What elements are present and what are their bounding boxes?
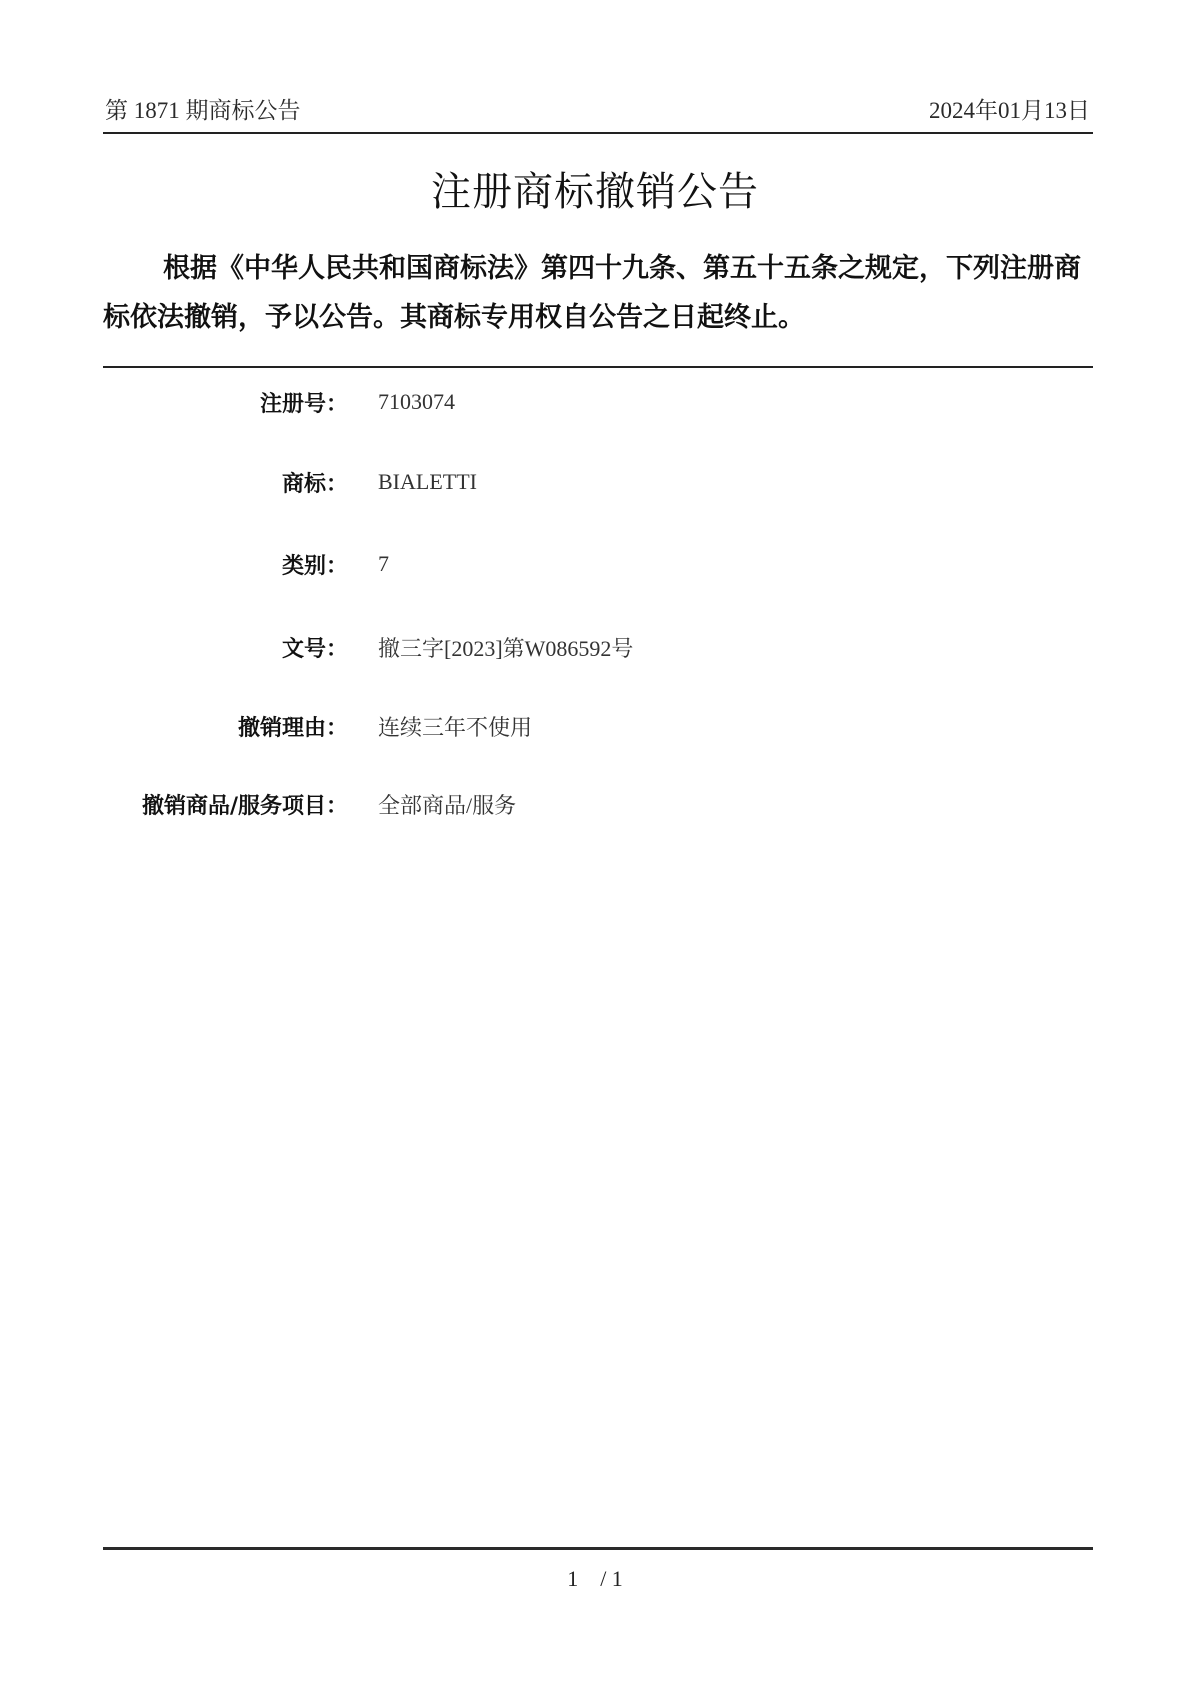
field-label: 撤销理由： (103, 711, 348, 742)
field-document-number: 文号： 撤三字[2023]第W086592号 (103, 627, 1093, 667)
footer-divider (103, 1547, 1093, 1550)
field-registration-number: 注册号： 7103074 (103, 382, 1093, 422)
publication-date: 2024年01月13日 (929, 92, 1090, 125)
section-divider (103, 366, 1093, 368)
field-value: 撤三字[2023]第W086592号 (378, 632, 633, 663)
field-label: 类别： (103, 549, 348, 580)
issue-number: 第 1871 期商标公告 (105, 92, 301, 125)
field-revocation-reason: 撤销理由： 连续三年不使用 (103, 706, 1093, 746)
page-number: 1 / 1 (0, 1566, 1190, 1592)
field-value: 7103074 (378, 389, 455, 415)
header-divider (103, 132, 1093, 134)
field-value: 7 (378, 551, 389, 577)
page-title: 注册商标撤销公告 (0, 160, 1190, 217)
field-label: 文号： (103, 632, 348, 663)
field-value: 连续三年不使用 (378, 711, 532, 742)
field-label: 注册号： (103, 387, 348, 418)
field-trademark: 商标： BIALETTI (103, 462, 1093, 502)
field-value: BIALETTI (378, 469, 477, 495)
field-value: 全部商品/服务 (378, 789, 516, 820)
intro-paragraph: 根据《中华人民共和国商标法》第四十九条、第五十五条之规定，下列注册商标依法撤销，… (103, 244, 1093, 342)
field-label: 商标： (103, 467, 348, 498)
intro-text: 根据《中华人民共和国商标法》第四十九条、第五十五条之规定，下列注册商标依法撤销，… (103, 253, 1081, 333)
field-revoked-goods-services: 撤销商品/服务项目： 全部商品/服务 (103, 784, 1093, 824)
field-class: 类别： 7 (103, 544, 1093, 584)
field-label: 撤销商品/服务项目： (103, 789, 348, 820)
